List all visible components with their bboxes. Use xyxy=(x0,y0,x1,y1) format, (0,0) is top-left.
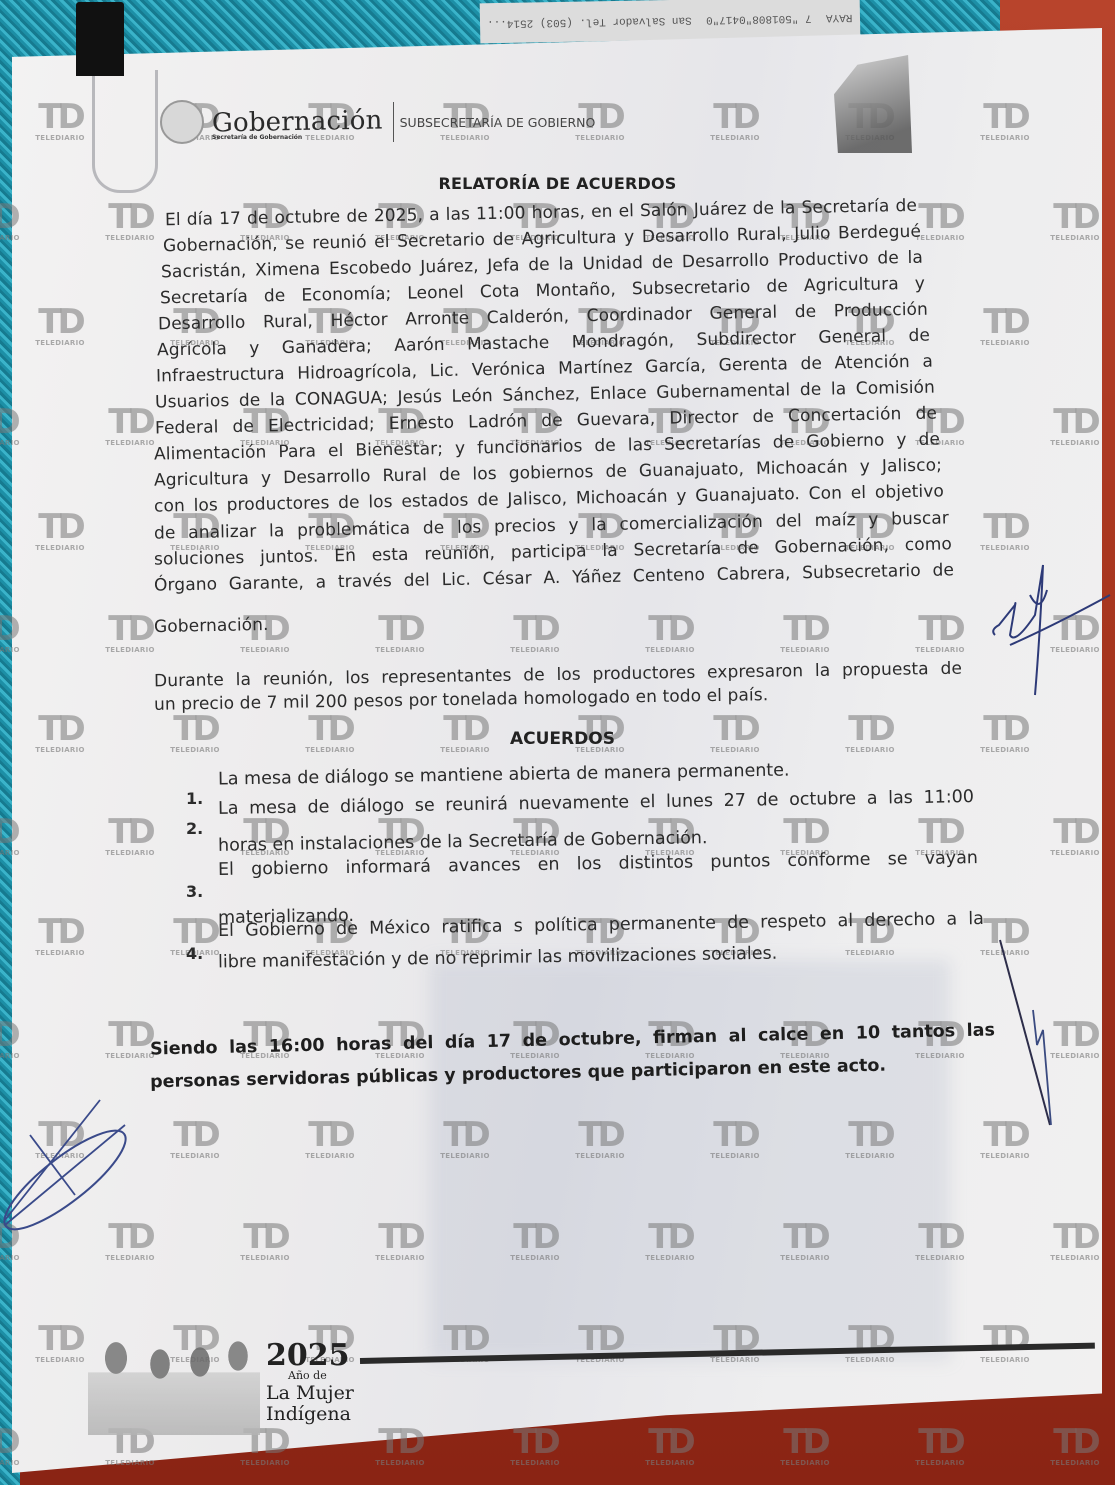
watermark-logo: TD xyxy=(635,1425,705,1459)
watermark-logo: TD xyxy=(500,1425,570,1459)
telediario-watermark: TDTELEDIARIO xyxy=(1040,1425,1110,1467)
footer-indigena: Indígena xyxy=(266,1403,351,1425)
watermark-label: TELEDIARIO xyxy=(365,1459,435,1467)
brand-subtitle: Secretaría de Gobernación xyxy=(212,134,302,141)
watermark-logo: TD xyxy=(770,1425,840,1459)
indigenous-women-illustration xyxy=(88,1320,260,1435)
telediario-watermark: TDTELEDIARIO xyxy=(905,1425,975,1467)
watermark-logo: TD xyxy=(905,1425,975,1459)
watermark-label: TELEDIARIO xyxy=(1040,1459,1110,1467)
agreement-number: 1. xyxy=(186,789,203,808)
ticket-text: 7 "501808"0417"0 xyxy=(706,12,812,26)
signature-right-bottom xyxy=(995,935,1085,1135)
header-divider xyxy=(393,102,394,142)
watermark-label: TELEDIARIO xyxy=(635,1459,705,1467)
ticket-text: RAYA xyxy=(826,11,853,23)
watermark-logo: TD xyxy=(1040,1425,1110,1459)
telediario-watermark: TDTELEDIARIO xyxy=(500,1425,570,1467)
signature-right-top xyxy=(985,555,1115,705)
watermark-label: TELEDIARIO xyxy=(905,1459,975,1467)
agreement-number: 4. xyxy=(186,944,203,963)
ticket-text: San Salvador Tel. (503) 2514... xyxy=(487,14,692,30)
binder-clip-icon xyxy=(76,2,124,76)
subsecretaria-label: SUBSECRETARÍA DE GOBIERNO xyxy=(400,115,596,130)
watermark-label: TELEDIARIO xyxy=(770,1459,840,1467)
telediario-watermark: TDTELEDIARIO xyxy=(770,1425,840,1467)
watermark-label: TELEDIARIO xyxy=(230,1459,300,1467)
footer-la-mujer: La Mujer xyxy=(266,1382,354,1404)
mexican-coat-of-arms-icon xyxy=(160,100,204,144)
agreements-title: ACUERDOS xyxy=(510,729,615,749)
agreement-number: 2. xyxy=(186,819,203,838)
paragraph-line: Gobernación. xyxy=(154,615,269,637)
footer-year: 2025 xyxy=(266,1338,350,1373)
watermark-label: TELEDIARIO xyxy=(500,1459,570,1467)
agreement-number: 3. xyxy=(186,882,203,901)
telediario-watermark: TDTELEDIARIO xyxy=(635,1425,705,1467)
signature-left xyxy=(0,1095,140,1235)
footer-ano-de: Año de xyxy=(288,1369,327,1382)
photo-shadow xyxy=(430,960,950,1360)
document-title: RELATORÍA DE ACUERDOS xyxy=(0,174,1115,193)
